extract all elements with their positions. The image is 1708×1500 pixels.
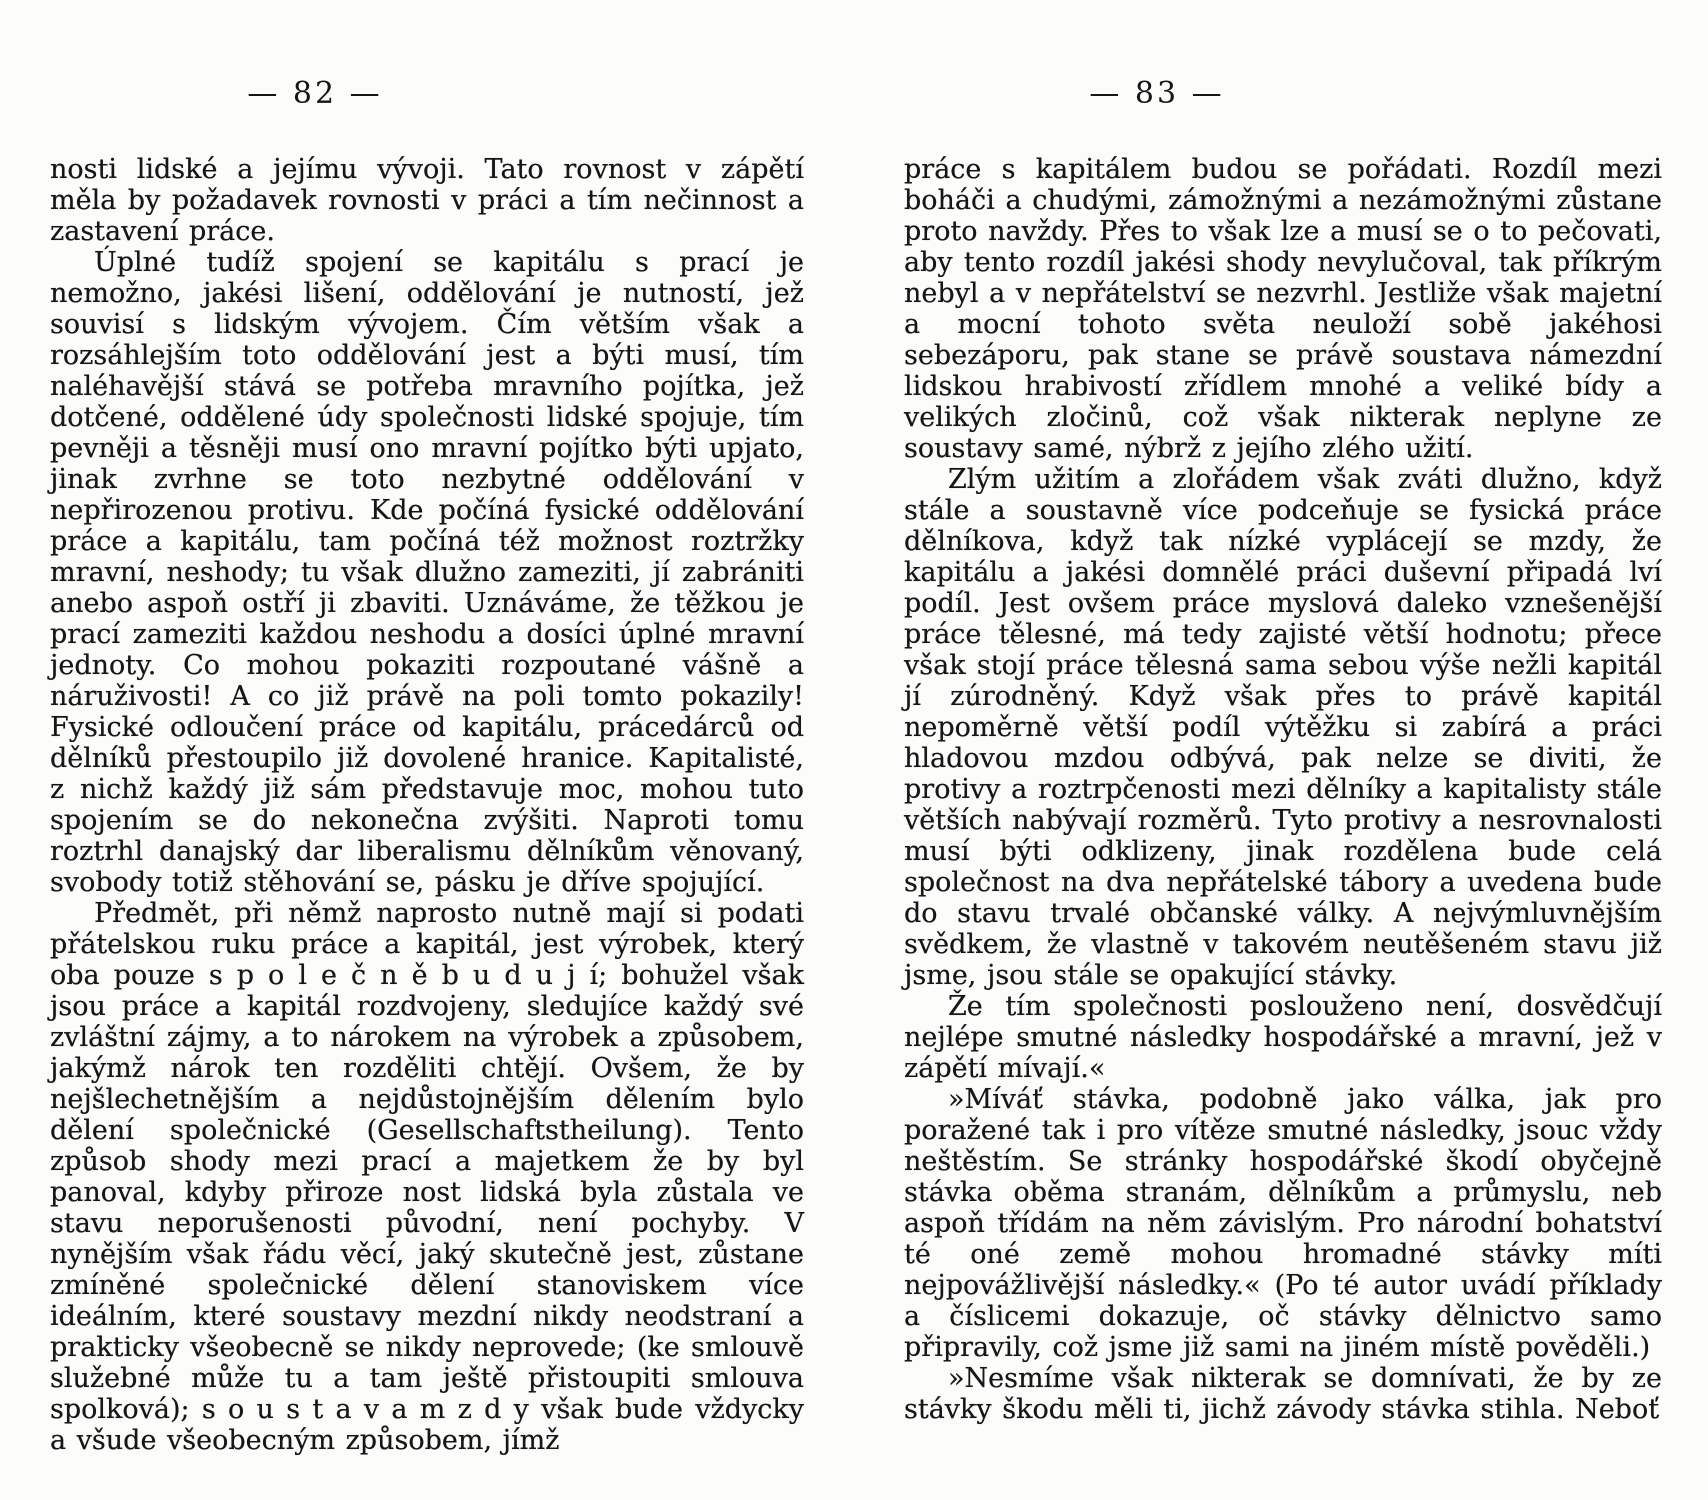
paragraph: nosti lidské a jejímu vývoji. Tato rovno… [50, 154, 804, 247]
page-82-text-block: nosti lidské a jejímu vývoji. Tato rovno… [50, 154, 804, 1456]
page-82: — 82 — nosti lidské a jejímu vývoji. Tat… [50, 76, 804, 1456]
page-number-right: — 83 — [778, 76, 1536, 112]
page-83-text-block: práce s kapitálem budou se pořádati. Roz… [904, 154, 1662, 1425]
paragraph: Úplné tudíž spojení se kapitálu s prací … [50, 247, 804, 898]
paragraph: »Míváť stávka, podobně jako válka, jak p… [904, 1084, 1662, 1363]
paragraph: Zlým užitím a zlořádem však zváti dlužno… [904, 464, 1662, 991]
paragraph: Že tím společnosti poslouženo není, dosv… [904, 991, 1662, 1084]
paragraph: práce s kapitálem budou se pořádati. Roz… [904, 154, 1662, 464]
paragraph: Předmět, při němž naprosto nutně mají si… [50, 898, 804, 1456]
page-83: — 83 — práce s kapitálem budou se pořáda… [904, 76, 1662, 1425]
book-spread: — 82 — nosti lidské a jejímu vývoji. Tat… [0, 0, 1708, 1456]
page-number-left: — 82 — [0, 76, 692, 112]
paragraph: »Nesmíme však nikterak se domnívati, že … [904, 1363, 1662, 1425]
